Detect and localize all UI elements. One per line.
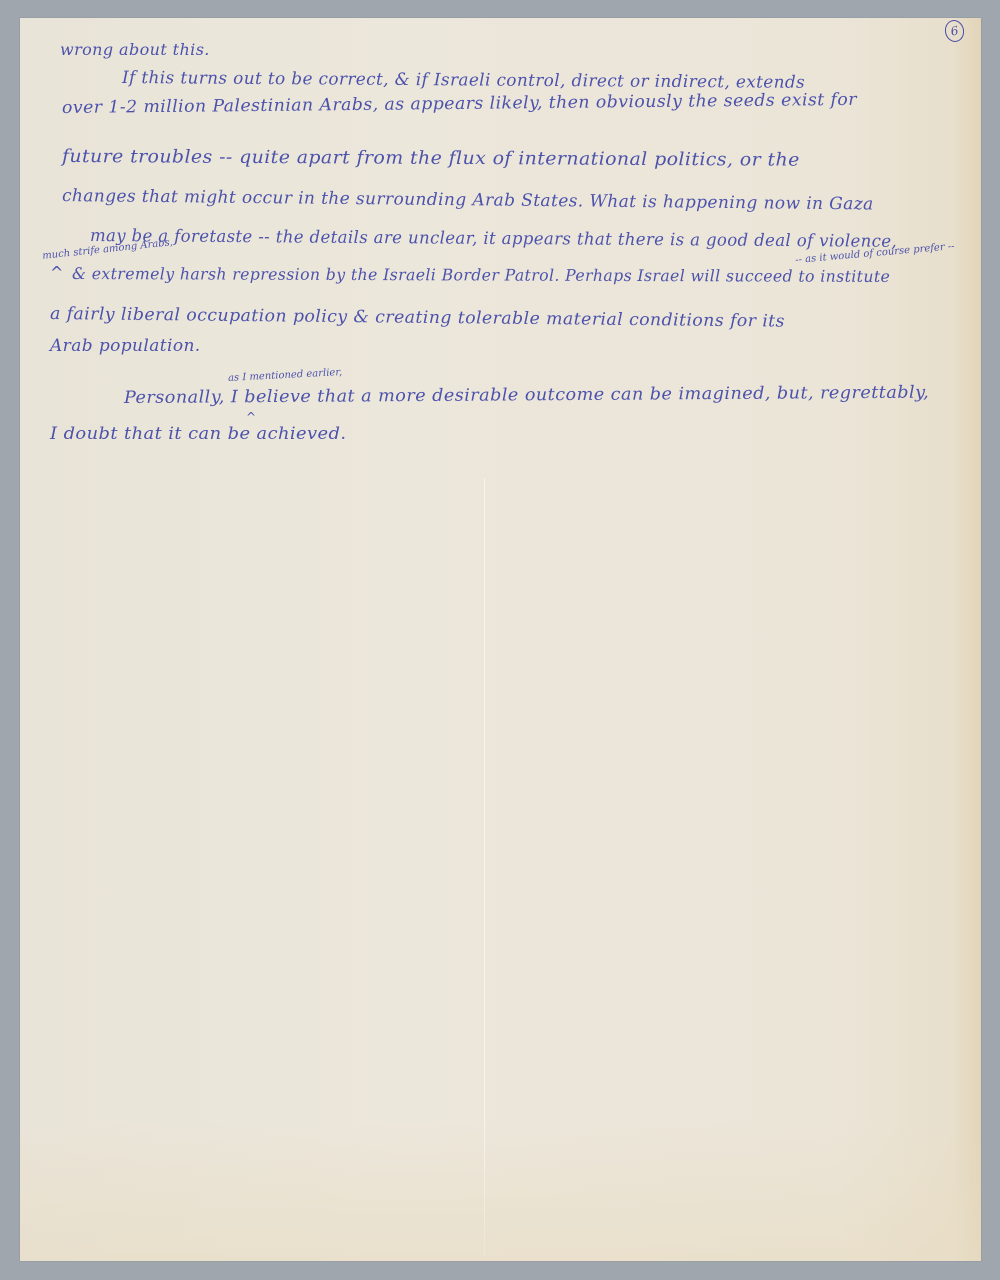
paper-crease xyxy=(484,478,485,1258)
text-line-8: a fairly liberal occupation policy & cre… xyxy=(50,304,785,332)
insertion-mentioned-earlier: as I mentioned earlier, xyxy=(228,367,343,384)
text-line-2: If this turns out to be correct, & if Is… xyxy=(122,68,805,93)
text-line-3: over 1-2 million Palestinian Arabs, as a… xyxy=(62,90,857,118)
insertion-caret-icon-2: ^ xyxy=(246,410,256,424)
text-line-7: & extremely harsh repression by the Isra… xyxy=(72,264,890,286)
insertion-caret-icon: ^ xyxy=(50,263,63,282)
text-line-6: may be a foretaste -- the details are un… xyxy=(90,226,897,252)
text-line-4: future troubles -- quite apart from the … xyxy=(62,146,800,171)
text-line-9: Arab population. xyxy=(50,336,201,356)
manuscript-page: 6 wrong about this. If this turns out to… xyxy=(20,18,981,1261)
text-line-11: I doubt that it can be achieved. xyxy=(50,424,346,444)
text-line-10: Personally, I believe that a more desira… xyxy=(124,383,929,408)
text-line-5: changes that might occur in the surround… xyxy=(62,186,874,214)
page-number: 6 xyxy=(943,18,966,43)
text-line-1: wrong about this. xyxy=(60,40,210,59)
